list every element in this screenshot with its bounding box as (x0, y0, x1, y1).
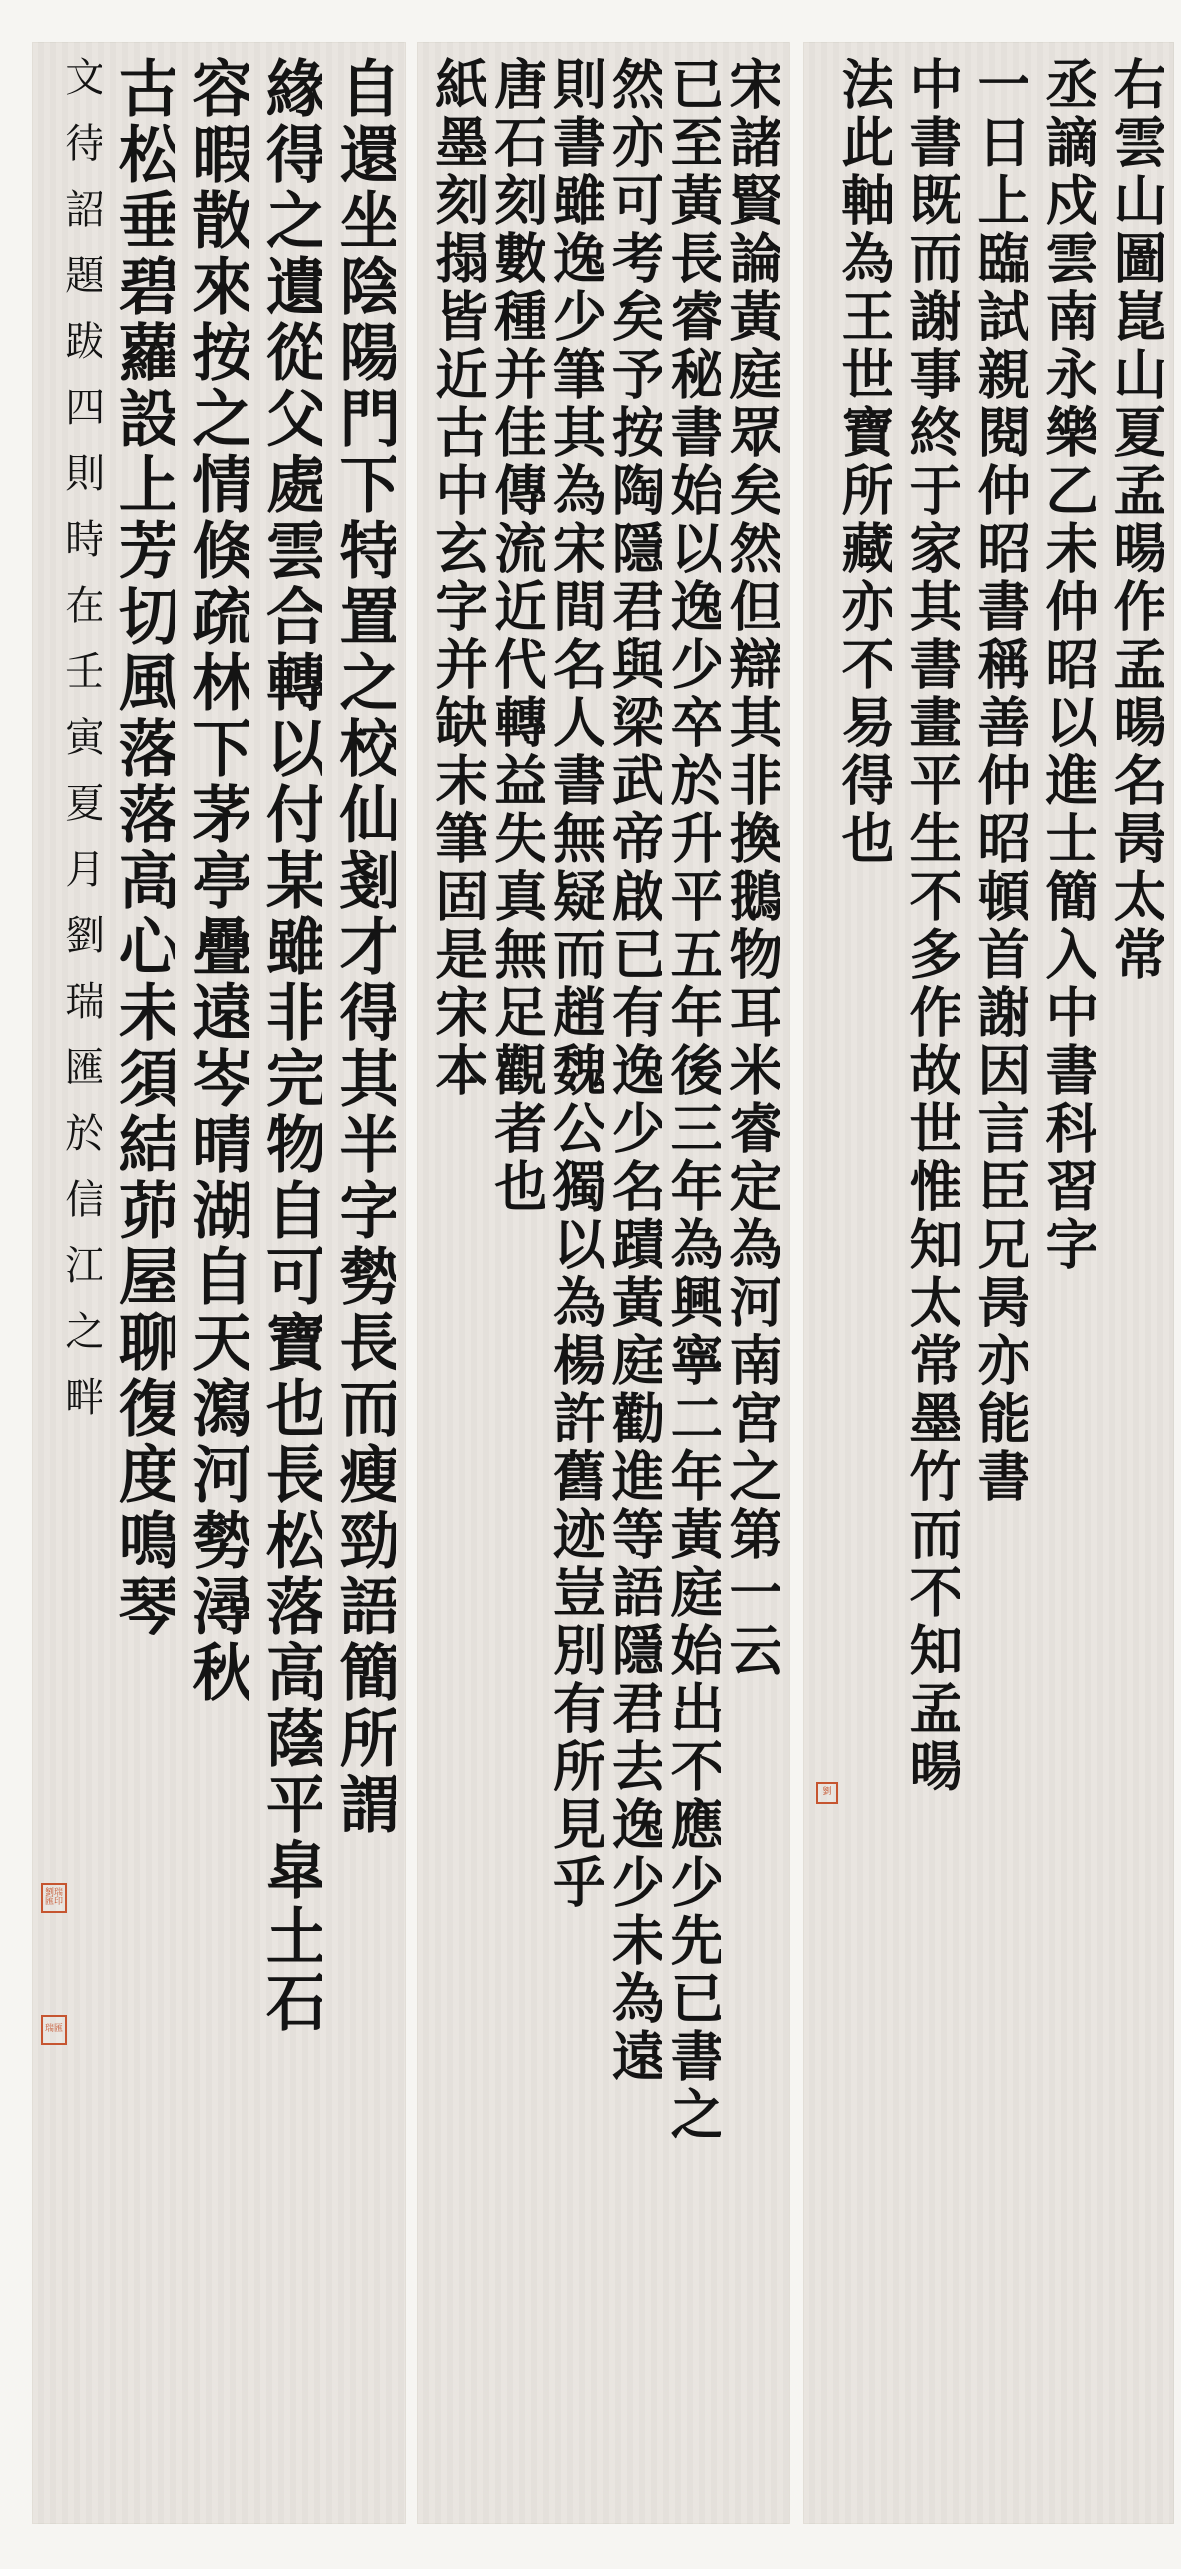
calligraphy-column: 然亦可考矣予按陶隱君與梁武帝啟已有逸少名蹟黃庭勸進等語隱君去逸少未為遠 (604, 56, 663, 2524)
text-columns-left: 自還坐陰陽門下特置之校仙剗才得其半字勢長而瘦勁語簡所謂 緣得之遺從父處雲合轉以付… (32, 42, 406, 2524)
text-columns-middle: 宋諸賢論黃庭眾矣然但辯其非換鵝物耳米睿定為河南宮之第一云 已至黃長睿秘書始以逸少… (417, 42, 790, 2524)
calligraphy-column: 中書既而謝事終于家其書畫平生不多作故世惟知太常墨竹而不知孟暘 (892, 56, 960, 2524)
calligraphy-column: 丞謫戍雲南永樂乙未仲昭以進士簡入中書科習字 (1028, 56, 1096, 2524)
seal-stamp-icon: 瑞匯 (41, 2015, 67, 2045)
calligraphy-column: 容暇散來按之情倏疏林下茅亭疊遠岑晴湖自天瀉河勢潯秋 (175, 56, 249, 2524)
seal-stamp-icon: 劉 (816, 1782, 838, 1804)
calligraphy-column: 一日上臨試親閱仲昭書稱善仲昭頓首謝因言臣兄昺亦能書 (960, 56, 1028, 2524)
calligraphy-column: 唐石刻數種并佳傳流近代轉益失真無足觀者也 (486, 56, 545, 2524)
seal-stamp-icon: 劉瑞匯印 (41, 1883, 67, 1913)
scroll-panel-right: 右雲山圖崑山夏孟暘作孟暘名昺太常 丞謫戍雲南永樂乙未仲昭以進士簡入中書科習字 一… (803, 42, 1174, 2524)
calligraphy-column: 紙墨刻搨皆近古中玄字并缺末筆固是宋本 (427, 56, 486, 2524)
calligraphy-column: 緣得之遺從父處雲合轉以付某雖非完物自可寶也長松落高蔭平皐土石 (249, 56, 323, 2524)
signature-column: 文待詔題跋四則時在壬寅夏月劉瑞匯於信江之畔 (42, 56, 102, 2524)
calligraphy-column: 自還坐陰陽門下特置之校仙剗才得其半字勢長而瘦勁語簡所謂 (322, 56, 396, 2524)
text-columns-right: 右雲山圖崑山夏孟暘作孟暘名昺太常 丞謫戍雲南永樂乙未仲昭以進士簡入中書科習字 一… (803, 42, 1174, 2524)
calligraphy-column: 法此軸為王世寶所藏亦不易得也 (824, 56, 892, 2524)
calligraphy-column: 已至黃長睿秘書始以逸少卒於升平五年後三年為興寧二年黃庭始出不應少先已書之 (662, 56, 721, 2524)
calligraphy-column: 則書雖逸少筆其為宋間名人書無疑而趙魏公獨以為楊許舊迹豈別有所見乎 (545, 56, 604, 2524)
scroll-panel-left: 自還坐陰陽門下特置之校仙剗才得其半字勢長而瘦勁語簡所謂 緣得之遺從父處雲合轉以付… (32, 42, 406, 2524)
scroll-panel-middle: 宋諸賢論黃庭眾矣然但辯其非換鵝物耳米睿定為河南宮之第一云 已至黃長睿秘書始以逸少… (417, 42, 790, 2524)
calligraphy-column: 古松垂碧蘿設上芳切風落落高心未須結茆屋聊復度鳴琴 (102, 56, 176, 2524)
calligraphy-column: 宋諸賢論黃庭眾矣然但辯其非換鵝物耳米睿定為河南宮之第一云 (721, 56, 780, 2524)
calligraphy-column: 右雲山圖崑山夏孟暘作孟暘名昺太常 (1096, 56, 1164, 2524)
